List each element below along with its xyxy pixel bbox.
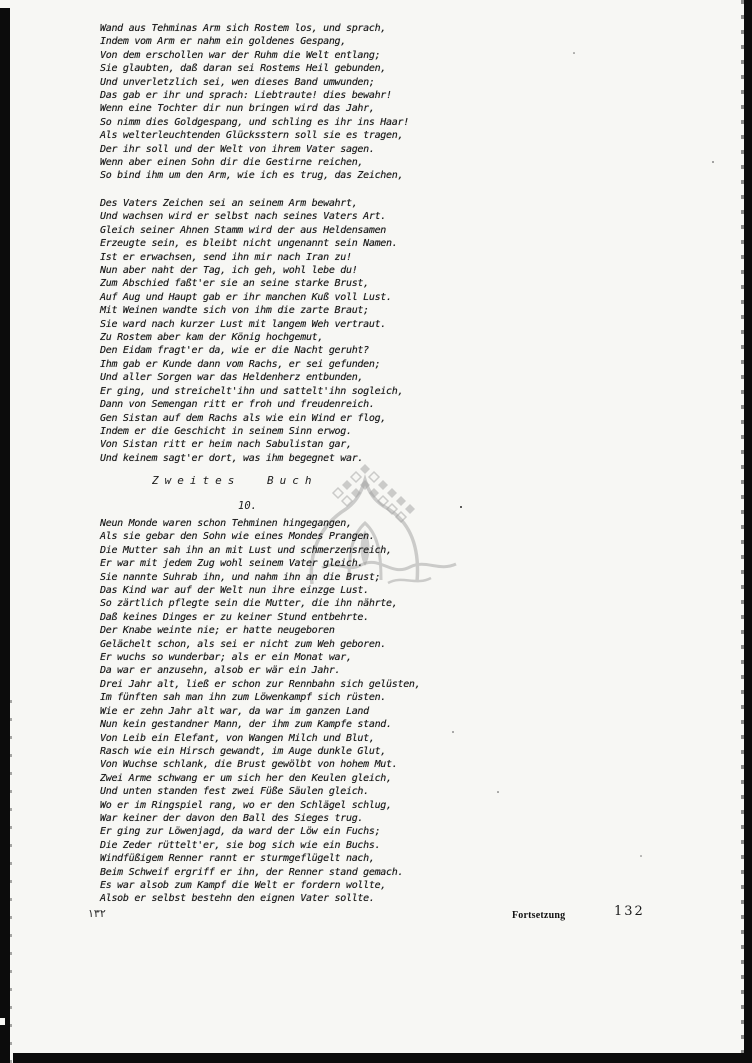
poem-line: Er war mit jedem Zug wohl seinem Vater g… (100, 557, 420, 570)
poem-line: Auf Aug und Haupt gab er ihr manchen Kuß… (100, 291, 403, 304)
poem-line: Den Eidam fragt'er da, wie er die Nacht … (100, 344, 403, 357)
poem-line: Und wachsen wird er selbst nach seines V… (100, 210, 403, 223)
poem-line: Alsob er selbst bestehn den eignen Vater… (100, 892, 420, 905)
scan-edge-bottom (13, 1053, 752, 1063)
poem-line: Als sie gebar den Sohn wie eines Mondes … (100, 530, 420, 543)
poem-line: Die Zeder rüttelt'er, sie bog sich wie e… (100, 839, 420, 852)
poem-line: Und unverletzlich sei, wen dieses Band u… (100, 76, 409, 89)
poem-line: Er ging, und streichelt'ihn und sattelt'… (100, 385, 403, 398)
poem-line: Des Vaters Zeichen sei an seinem Arm bew… (100, 197, 403, 210)
poem-line: Von Leib ein Elefant, von Wangen Milch u… (100, 732, 420, 745)
poem-line: Nun kein gestandner Mann, der ihm zum Ka… (100, 718, 420, 731)
arabic-folio-number: ١٣٢ (88, 907, 106, 920)
poem-line: Wo er im Ringspiel rang, wo er den Schlä… (100, 799, 420, 812)
scan-speck (497, 791, 499, 793)
scan-edge-left (0, 8, 10, 1063)
poem-line: Von dem erschollen war der Ruhm die Welt… (100, 49, 409, 62)
poem-line: Und aller Sorgen war das Heldenherz entb… (100, 371, 403, 384)
poem-line: Wand aus Tehminas Arm sich Rostem los, u… (100, 22, 409, 35)
poem-line: Der Knabe weinte nie; er hatte neugebore… (100, 624, 420, 637)
scan-speck (640, 855, 642, 857)
poem-line: Da war er anzusehn, alsob er wär ein Jah… (100, 664, 420, 677)
poem-line: Die Mutter sah ihn an mit Lust und schme… (100, 544, 420, 557)
poem-line: Als welterleuchtenden Glücksstern soll s… (100, 129, 409, 142)
poem-section-ten: Neun Monde waren schon Tehminen hingegan… (100, 517, 420, 906)
poem-line: Das gab er ihr und sprach: Liebtraute! d… (100, 89, 409, 102)
poem-line: Von Sistan ritt er heim nach Sabulistan … (100, 438, 403, 451)
section-number: 10. (238, 500, 257, 512)
poem-line: Wie er zehn Jahr alt war, da war im ganz… (100, 705, 420, 718)
poem-line: Im fünften sah man ihn zum Löwenkampf si… (100, 691, 420, 704)
poem-line: Gen Sistan auf dem Rachs als wie ein Win… (100, 412, 403, 425)
poem-line: So zärtlich pflegte sein die Mutter, die… (100, 597, 420, 610)
scan-edge-left-notch (0, 1018, 5, 1025)
poem-line: Zum Abschied faßt'er sie an seine starke… (100, 277, 403, 290)
poem-line: Wenn aber einen Sohn dir die Gestirne re… (100, 156, 409, 169)
book-heading: Zweites Buch (152, 474, 317, 487)
poem-line: So nimm dies Goldgespang, und schling es… (100, 116, 409, 129)
poem-line: Wenn eine Tochter dir nun bringen wird d… (100, 102, 409, 115)
page-number: 132 (614, 904, 645, 919)
poem-line: Gleich seiner Ahnen Stamm wird der aus H… (100, 224, 403, 237)
poem-line: Gelächelt schon, als sei er nicht zum We… (100, 638, 420, 651)
poem-line: Ist er erwachsen, send ihn mir nach Iran… (100, 251, 403, 264)
poem-line: Mit Weinen wandte sich von ihm die zarte… (100, 304, 403, 317)
poem-line: Der ihr soll und der Welt von ihrem Vate… (100, 143, 409, 156)
poem-line: Das Kind war auf der Welt nun ihre einzg… (100, 584, 420, 597)
poem-line: Sie glaubten, daß daran sei Rostems Heil… (100, 62, 409, 75)
poem-line: Indem vom Arm er nahm ein goldenes Gespa… (100, 35, 409, 48)
poem-line: Ihm gab er Kunde dann vom Rachs, er sei … (100, 358, 403, 371)
poem-line: War keiner der davon den Ball des Sieges… (100, 812, 420, 825)
scan-edge-right-noise (741, 0, 744, 1063)
poem-line: Erzeugte sein, es bleibt nicht ungenannt… (100, 237, 403, 250)
poem-line: Daß keines Dinges er zu keiner Stund ent… (100, 611, 420, 624)
poem-line: Nun aber naht der Tag, ich geh, wohl leb… (100, 264, 403, 277)
poem-line: Dann von Semengan ritt er froh und freud… (100, 398, 403, 411)
poem-line: Beim Schweif ergriff er ihn, der Renner … (100, 866, 420, 879)
scan-speck (573, 52, 575, 54)
scan-edge-left-noise (10, 700, 12, 1063)
poem-line: Neun Monde waren schon Tehminen hingegan… (100, 517, 420, 530)
poem-line: Sie nannte Suhrab ihn, und nahm ihn an d… (100, 571, 420, 584)
poem-line: Er wuchs so wunderbar; als er ein Monat … (100, 651, 420, 664)
poem-line: Zu Rostem aber kam der König hochgemut, (100, 331, 403, 344)
poem-line: Rasch wie ein Hirsch gewandt, im Auge du… (100, 745, 420, 758)
poem-line: Von Wuchse schlank, die Brust gewölbt vo… (100, 758, 420, 771)
poem-line: Zwei Arme schwang er um sich her den Keu… (100, 772, 420, 785)
poem-line: Windfüßigem Renner rannt er sturmgeflüge… (100, 852, 420, 865)
scan-speck (460, 506, 462, 508)
poem-line: So bind ihm um den Arm, wie ich es trug,… (100, 169, 409, 182)
poem-line: Es war alsob zum Kampf die Welt er forde… (100, 879, 420, 892)
poem-line: Indem er die Geschicht in seinem Sinn er… (100, 425, 403, 438)
continuation-label: Fortsetzung (512, 910, 565, 921)
poem-line: Und keinem sagt'er dort, was ihm begegne… (100, 452, 403, 465)
poem-line: Drei Jahr alt, ließ er schon zur Rennbah… (100, 678, 420, 691)
poem-stanza-one: Wand aus Tehminas Arm sich Rostem los, u… (100, 22, 409, 183)
scan-speck (712, 161, 714, 163)
poem-stanza-two: Des Vaters Zeichen sei an seinem Arm bew… (100, 197, 403, 465)
scan-edge-right (744, 0, 752, 1063)
poem-line: Er ging zur Löwenjagd, da ward der Löw e… (100, 825, 420, 838)
scanned-book-page: Wand aus Tehminas Arm sich Rostem los, u… (0, 0, 752, 1063)
scan-speck (452, 731, 454, 733)
poem-line: Sie ward nach kurzer Lust mit langem Weh… (100, 318, 403, 331)
poem-line: Und unten standen fest zwei Füße Säulen … (100, 785, 420, 798)
